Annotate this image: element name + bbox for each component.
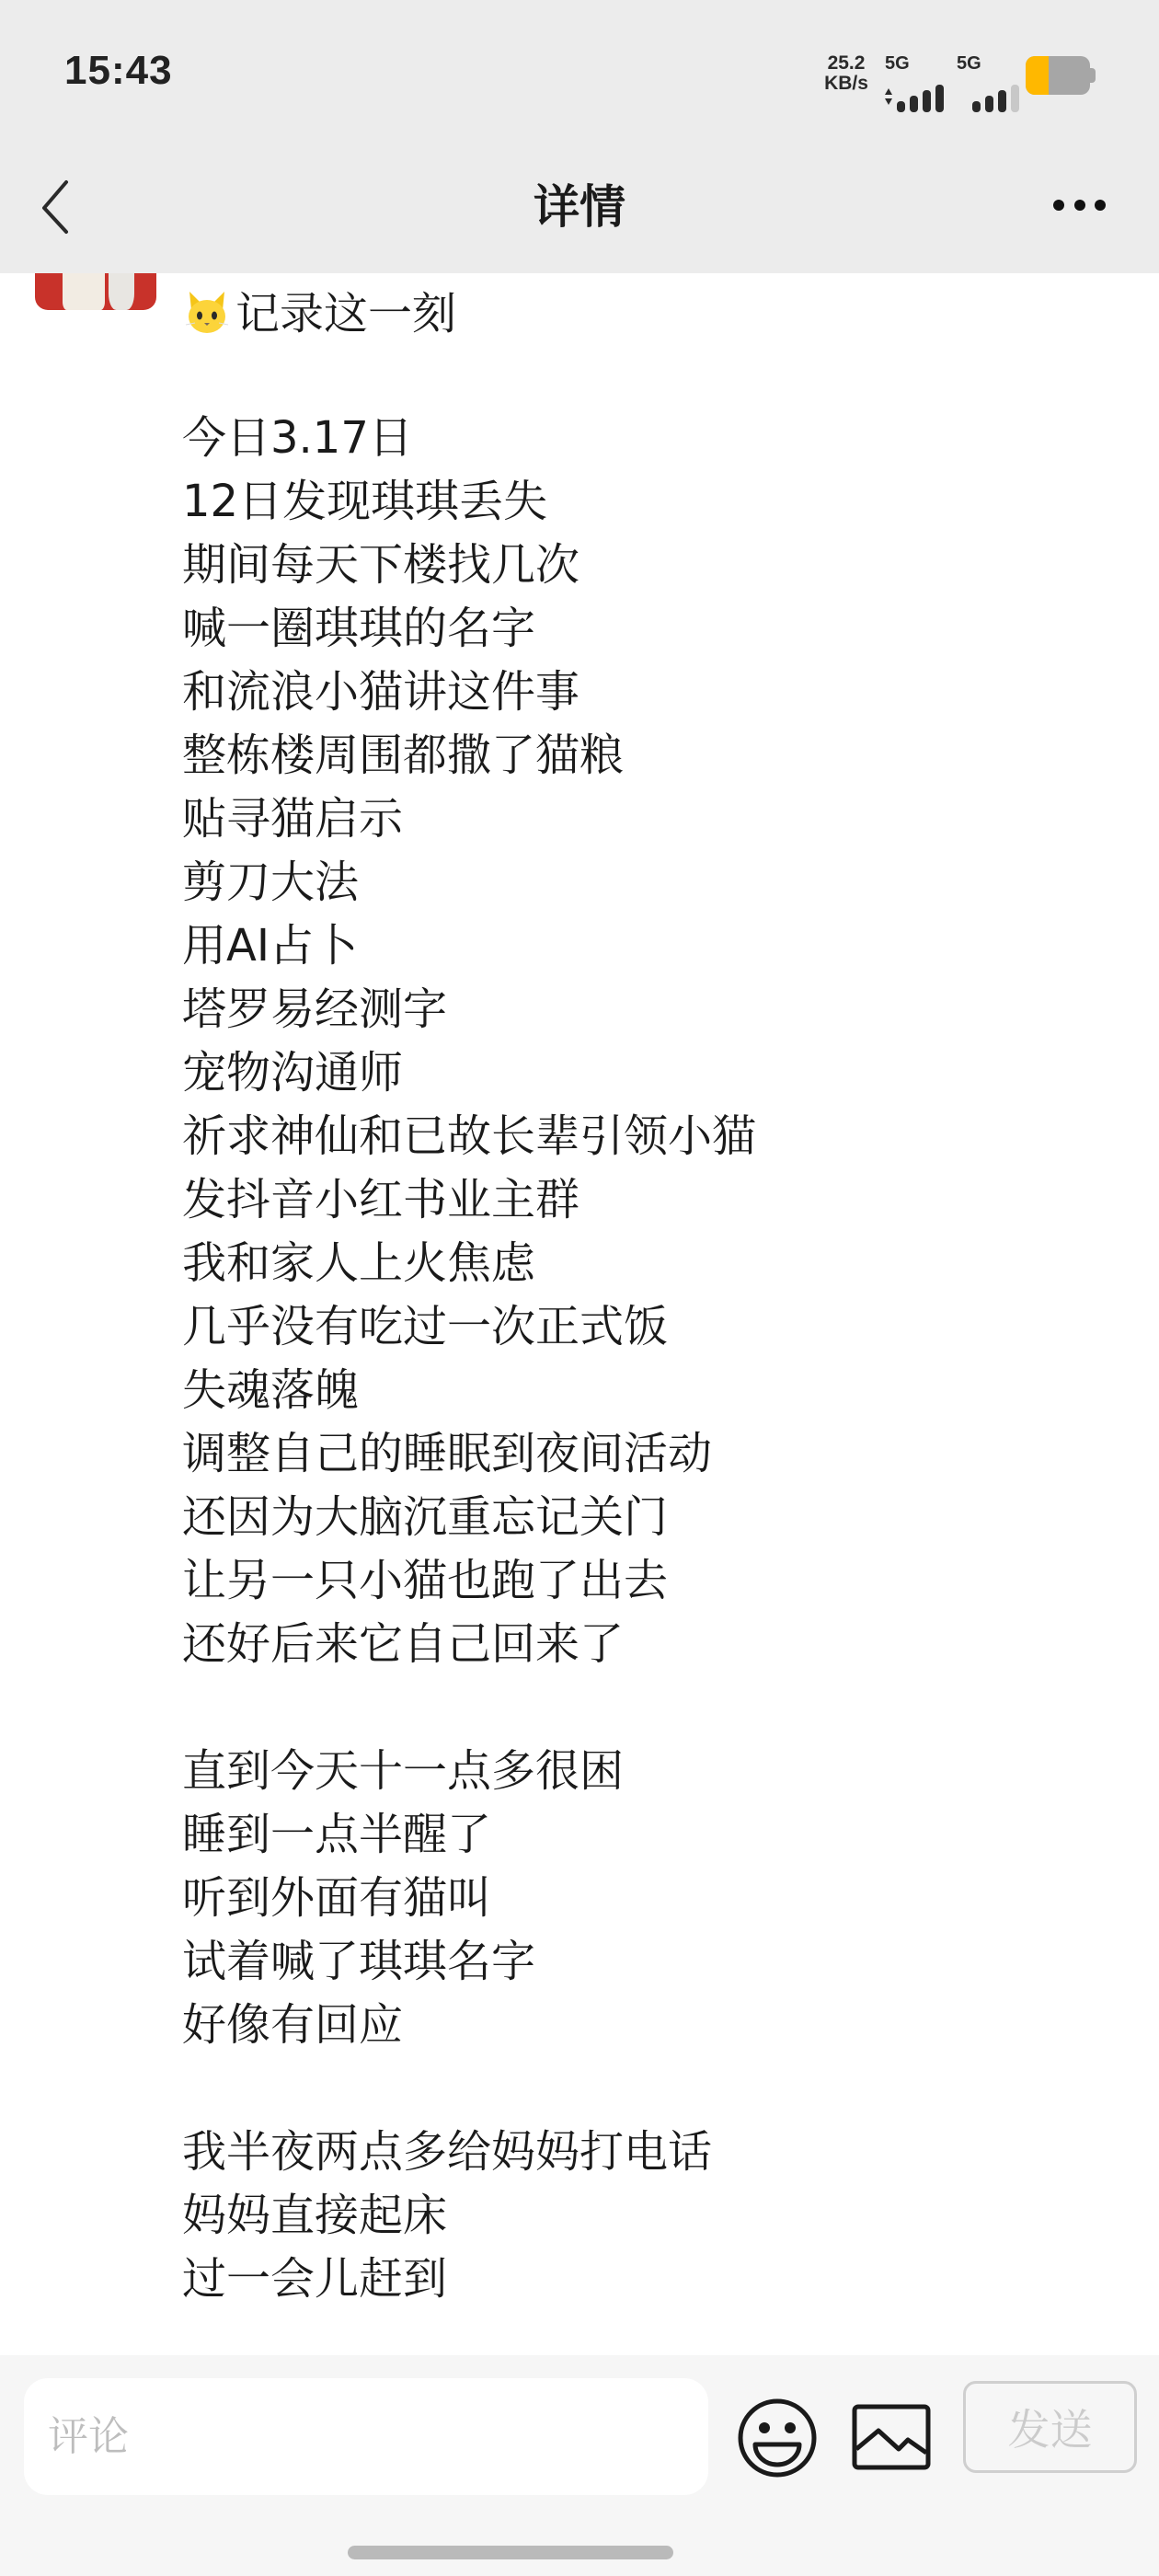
battery-icon — [1026, 56, 1090, 95]
body-line: 听到外面有猫叫 — [182, 1867, 1102, 1930]
status-bar: 15:43 25.2 KB/s 5G 5G — [0, 0, 1159, 147]
send-button[interactable]: 发送 — [963, 2381, 1137, 2473]
body-line: 剪刀大法 — [182, 851, 1102, 914]
more-button[interactable] — [1039, 186, 1113, 226]
body-blank-line — [182, 1676, 1102, 1740]
body-line: 我和家人上火焦虑 — [182, 1232, 1102, 1295]
battery-level — [1026, 56, 1049, 95]
body-line: 过一会儿赶到 — [182, 2248, 1102, 2311]
body-line: 整栋楼周围都撒了猫粮 — [182, 724, 1102, 788]
body-line: 好像有回应 — [182, 1994, 1102, 2057]
body-line: 和流浪小猫讲这件事 — [182, 661, 1102, 724]
network-speed-value: 25.2 — [819, 53, 874, 74]
page-title: 详情 — [0, 175, 1159, 239]
post-title: 记录这一刻 — [184, 286, 456, 341]
battery-tip — [1090, 68, 1096, 83]
more-dot-icon — [1095, 200, 1106, 211]
body-line: 几乎没有吃过一次正式饭 — [182, 1295, 1102, 1359]
body-line: 失魂落魄 — [182, 1359, 1102, 1422]
network-speed: 25.2 KB/s — [819, 53, 874, 94]
nav-header: 详情 — [0, 147, 1159, 273]
cat-face-emoji-icon — [184, 288, 230, 336]
body-line: 试着喊了琪琪名字 — [182, 1930, 1102, 1994]
body-line: 今日3.17日 — [182, 407, 1102, 470]
home-indicator[interactable] — [348, 2546, 673, 2559]
body-line: 还因为大脑沉重忘记关门 — [182, 1486, 1102, 1549]
network-speed-unit: KB/s — [819, 74, 874, 94]
post-title-text: 记录这一刻 — [235, 288, 456, 339]
body-line: 宠物沟通师 — [182, 1041, 1102, 1105]
body-line: 我半夜两点多给妈妈打电话 — [182, 2121, 1102, 2184]
body-line: 直到今天十一点多很困 — [182, 1740, 1102, 1803]
post-body: 今日3.17日 12日发现琪琪丢失 期间每天下楼找几次 喊一圈琪琪的名字 和流浪… — [182, 407, 1102, 2311]
body-line: 还好后来它自己回来了 — [182, 1613, 1102, 1676]
status-time: 15:43 — [64, 48, 173, 94]
body-line: 塔罗易经测字 — [182, 978, 1102, 1041]
body-line: 发抖音小红书业主群 — [182, 1168, 1102, 1232]
smiley-icon — [736, 2397, 819, 2479]
post-content: 记录这一刻 今日3.17日 12日发现琪琪丢失 期间每天下楼找几次 喊一圈琪琪的… — [0, 273, 1159, 2355]
body-blank-line — [182, 2057, 1102, 2121]
body-line: 喊一圈琪琪的名字 — [182, 597, 1102, 661]
body-line: 贴寻猫启示 — [182, 788, 1102, 851]
comment-input[interactable] — [24, 2378, 708, 2495]
body-line: 让另一只小猫也跑了出去 — [182, 1549, 1102, 1613]
image-icon — [851, 2401, 932, 2475]
body-line: 期间每天下楼找几次 — [182, 534, 1102, 597]
image-button[interactable] — [851, 2401, 932, 2475]
body-line: 睡到一点半醒了 — [182, 1803, 1102, 1867]
body-line: 用AI占卜 — [182, 914, 1102, 978]
avatar[interactable] — [35, 273, 156, 310]
body-line: 调整自己的睡眠到夜间活动 — [182, 1422, 1102, 1486]
body-line: 祈求神仙和已故长辈引领小猫 — [182, 1105, 1102, 1168]
more-dot-icon — [1074, 200, 1085, 211]
more-dot-icon — [1053, 200, 1064, 211]
comment-bar: 发送 — [0, 2355, 1159, 2576]
body-line: 妈妈直接起床 — [182, 2184, 1102, 2248]
body-line: 12日发现琪琪丢失 — [182, 470, 1102, 534]
emoji-button[interactable] — [736, 2397, 819, 2479]
